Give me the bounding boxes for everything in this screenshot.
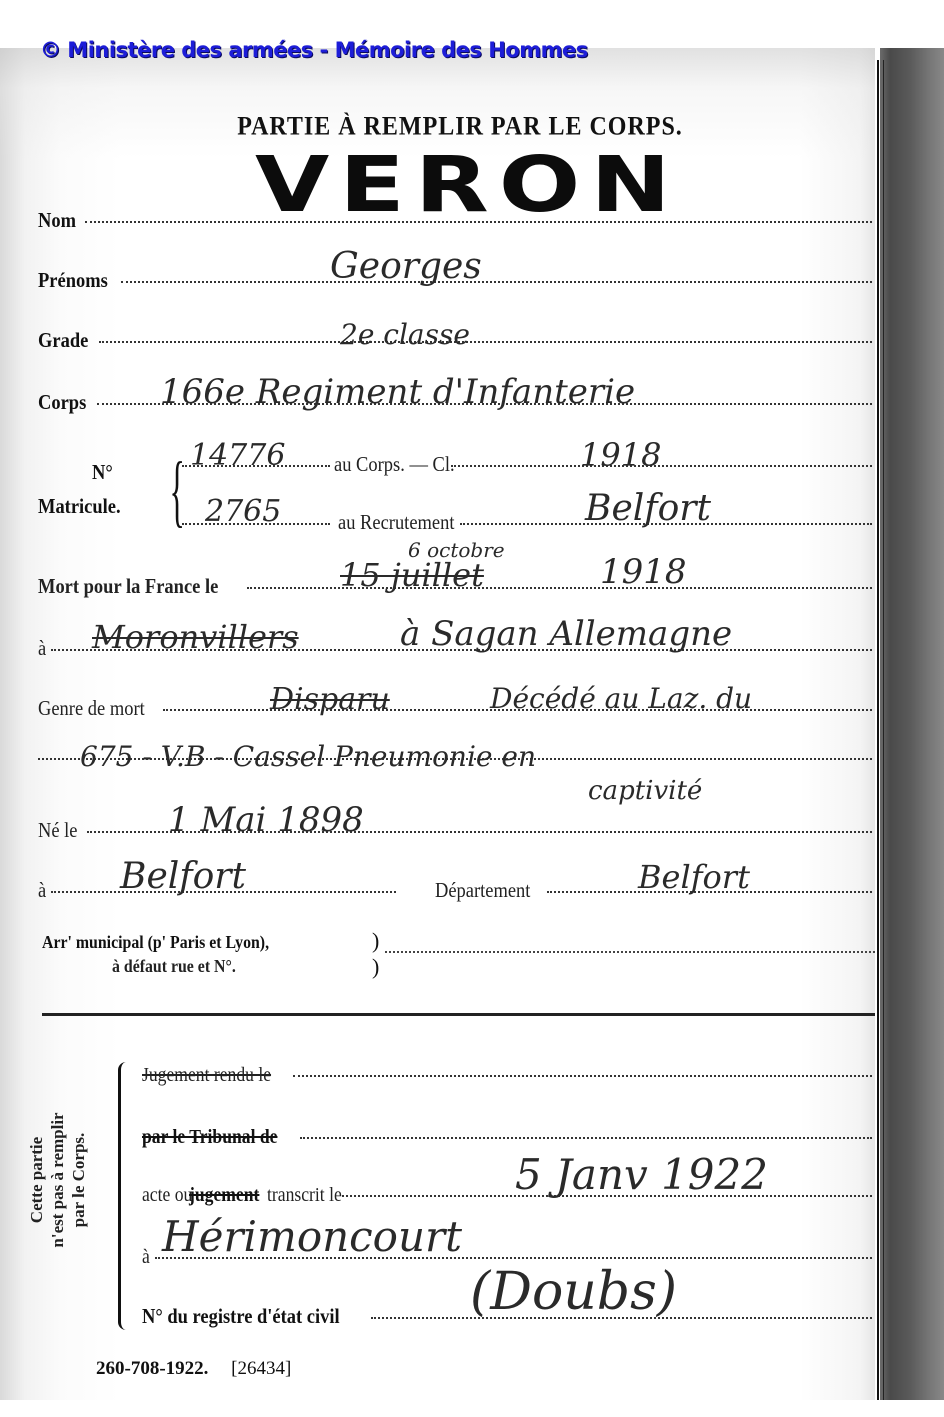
grade-value: 2e classe: [340, 318, 470, 351]
bottom-margin: [0, 1400, 944, 1417]
prenoms-label: Prénoms: [38, 268, 108, 293]
section-divider: [42, 1013, 875, 1016]
departement-label: Département: [435, 878, 530, 903]
grade-label: Grade: [38, 328, 88, 353]
acte-label-suffix: transcrit le: [267, 1184, 342, 1207]
recrutement-number: 2765: [205, 494, 281, 529]
side-note-line: Cette partie: [26, 1070, 47, 1290]
form-heading: PARTIE À REMPLIR PAR LE CORPS.: [0, 113, 920, 143]
genre-mort-line2: 675 - V.B - Cassel Pneumonie en: [80, 740, 536, 773]
jugement-row: Jugement rendu le: [142, 1064, 872, 1087]
genre-mort-line1: Décédé au Laz. du: [490, 682, 752, 715]
brace: [118, 1062, 131, 1330]
side-note-line: par le Corps.: [68, 1070, 89, 1290]
transcription-region: (Doubs): [470, 1262, 677, 1322]
dotted-line: [300, 1137, 872, 1139]
corps-value: 166e Regiment d'Infanterie: [160, 372, 635, 412]
naissance-label: Né le: [38, 818, 78, 843]
copyright-watermark: © Ministère des armées - Mémoire des Hom…: [40, 38, 588, 62]
genre-mort-label: Genre de mort: [38, 696, 145, 721]
border-line: [883, 60, 884, 1400]
lieu-mort-value: à Sagan Allemagne: [400, 614, 732, 654]
acte-date: 5 Janv 1922: [515, 1150, 768, 1199]
arrondissement-label: Arr' municipal (p' Paris et Lyon),: [42, 932, 269, 953]
lieu-mort-label: à: [38, 636, 46, 661]
tribunal-label: par le Tribunal de: [142, 1126, 277, 1149]
acte-label-struck: jugement: [189, 1184, 259, 1207]
au-corps-number: 14776: [190, 438, 285, 473]
departement-value: Belfort: [638, 858, 750, 896]
side-note-line: n'est pas à remplir: [47, 1070, 68, 1290]
transcription-label: à: [142, 1246, 150, 1269]
recrutement-label: au Recrutement: [338, 510, 454, 535]
lieu-naissance-label: à: [38, 878, 46, 903]
dotted-line: [451, 465, 872, 467]
mort-year: 1918: [600, 552, 687, 592]
jugement-label: Jugement rendu le: [142, 1064, 271, 1087]
dotted-line: [121, 281, 872, 283]
form-footer: 260-708-1922. [26434]: [96, 1358, 291, 1380]
mort-label: Mort pour la France le: [38, 574, 218, 599]
au-corps-label: au Corps. — Cl.: [334, 452, 455, 477]
naissance-row: Né le: [38, 818, 872, 843]
lieu-mort-struck: Moronvillers: [92, 618, 299, 656]
recrutement-row: au Recrutement: [182, 510, 872, 535]
matricule-label-top: N°: [92, 460, 113, 485]
transcription-place: Hérimoncourt: [162, 1212, 462, 1261]
arrondissement-line: [385, 951, 875, 953]
form-code: 260-708-1922.: [96, 1358, 208, 1379]
acte-label-prefix: acte ou: [142, 1184, 192, 1207]
form-reference: [26434]: [231, 1358, 291, 1379]
dotted-line: [293, 1075, 872, 1077]
registre-label: N° du registre d'état civil: [142, 1304, 340, 1329]
classe-value: 1918: [580, 436, 661, 474]
au-corps-row: au Corps. — Cl.: [182, 452, 872, 477]
scan-dark-edge: [880, 48, 944, 1400]
matricule-label: Matricule.: [38, 494, 121, 519]
border-line: [877, 60, 879, 1400]
nom-row: Nom: [38, 208, 872, 233]
arrondissement-label-2: à défaut rue et N°.: [112, 956, 236, 977]
dotted-line: [99, 341, 872, 343]
recrutement-value: Belfort: [585, 488, 711, 529]
brace: )): [372, 928, 379, 980]
naissance-value: 1 Mai 1898: [168, 800, 364, 840]
mort-correction: 6 octobre: [408, 538, 505, 562]
lieu-naissance-value: Belfort: [120, 856, 246, 897]
side-note: Cette partie n'est pas à remplir par le …: [26, 1070, 89, 1290]
genre-mort-struck: Disparu: [270, 682, 390, 717]
corps-label: Corps: [38, 390, 86, 415]
tribunal-row: par le Tribunal de: [142, 1126, 872, 1149]
dotted-line: [85, 221, 872, 223]
prenoms-value: Georges: [330, 246, 482, 287]
genre-mort-line3: captivité: [588, 776, 702, 806]
nom-label: Nom: [38, 208, 76, 233]
